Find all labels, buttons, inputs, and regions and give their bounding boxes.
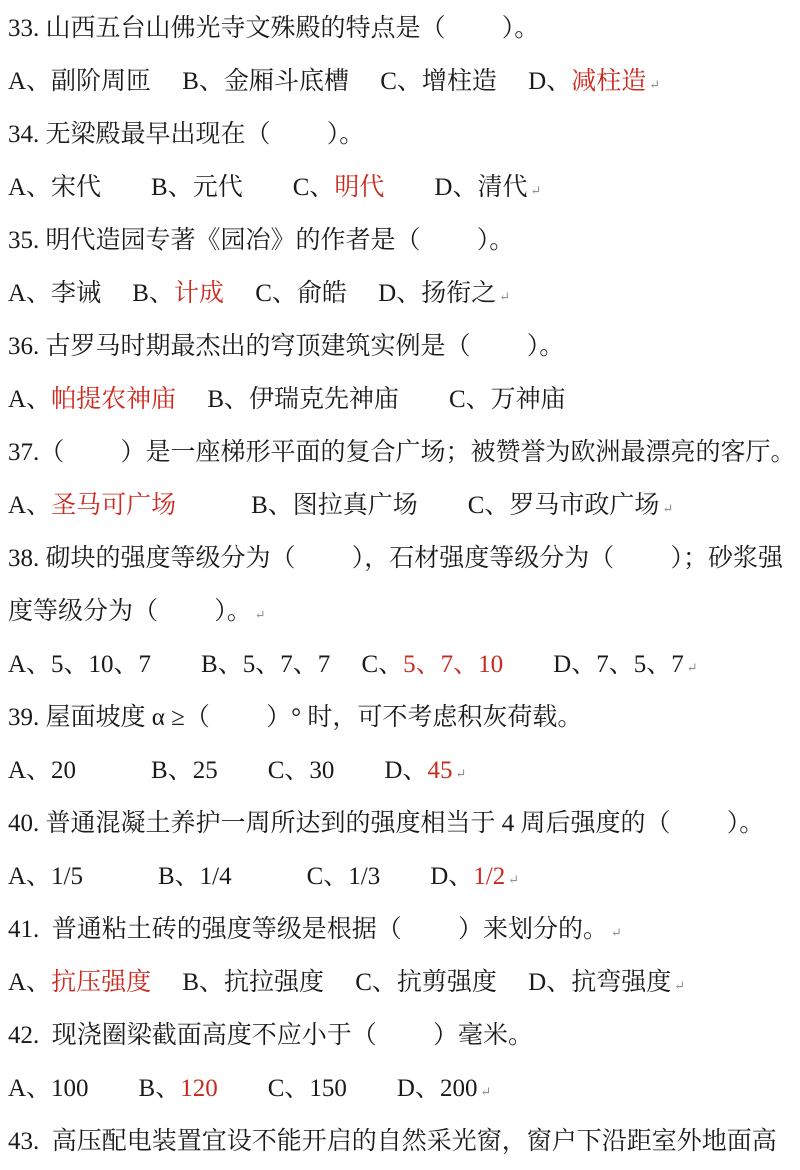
text-segment: 40. 普通混凝土养护一周所达到的强度相当于 4 周后强度的（ ）。 bbox=[8, 810, 764, 837]
question-37-stem: 37.（ ）是一座梯形平面的复合广场；被赞誉为欧洲最漂亮的客厅。 bbox=[8, 426, 798, 479]
text-segment: A、5、10、7 B、5、7、7 C、 bbox=[8, 651, 403, 678]
text-segment: A、 bbox=[8, 492, 51, 519]
question-37-options: A、圣马可广场 B、图拉真广场 C、罗马市政广场↵ bbox=[8, 479, 798, 532]
text-segment: 度等级分为（ ）。 bbox=[8, 598, 252, 625]
question-41-stem: 41. 普通粘土砖的强度等级是根据（ ）来划分的。↵ bbox=[8, 903, 798, 956]
text-segment: A、 bbox=[8, 386, 51, 413]
correct-answer-highlight: 减柱造 bbox=[571, 68, 646, 95]
text-segment: 37.（ ）是一座梯形平面的复合广场；被赞誉为欧洲最漂亮的客厅。 bbox=[8, 439, 796, 466]
text-segment: 36. 古罗马时期最杰出的穹顶建筑实例是（ ）。 bbox=[8, 333, 564, 360]
linebreak-mark-icon: ↵ bbox=[662, 501, 673, 516]
text-segment: A、1/5 B、1/4 C、1/3 D、 bbox=[8, 863, 473, 890]
text-segment: D、7、5、7 bbox=[503, 651, 684, 678]
linebreak-mark-icon: ↵ bbox=[499, 289, 510, 304]
text-segment: 43. 高压配电装置宜设不能开启的自然采光窗，窗户下沿距室外地面高 bbox=[8, 1128, 777, 1155]
question-36-stem: 36. 古罗马时期最杰出的穹顶建筑实例是（ ）。 bbox=[8, 320, 798, 373]
linebreak-mark-icon: ↵ bbox=[649, 77, 660, 92]
text-segment: 33. 山西五台山佛光寺文殊殿的特点是（ ）。 bbox=[8, 15, 539, 42]
question-38-stem-line2: 度等级分为（ ）。↵ bbox=[8, 585, 798, 638]
question-43-stem: 43. 高压配电装置宜设不能开启的自然采光窗，窗户下沿距室外地面高 bbox=[8, 1115, 798, 1168]
linebreak-mark-icon: ↵ bbox=[455, 766, 466, 781]
question-33-options: A、副阶周匝 B、金厢斗底槽 C、增柱造 D、减柱造↵ bbox=[8, 55, 798, 108]
linebreak-mark-icon: ↵ bbox=[508, 872, 519, 887]
correct-answer-highlight: 明代 bbox=[334, 174, 384, 201]
text-segment: B、抗拉强度 C、抗剪强度 D、抗弯强度 bbox=[151, 969, 671, 996]
question-40-stem: 40. 普通混凝土养护一周所达到的强度相当于 4 周后强度的（ ）。 bbox=[8, 797, 798, 850]
text-segment: A、100 B、 bbox=[8, 1075, 180, 1102]
question-38-options: A、5、10、7 B、5、7、7 C、5、7、10 D、7、5、7↵ bbox=[8, 638, 798, 691]
question-40-options: A、1/5 B、1/4 C、1/3 D、1/2↵ bbox=[8, 850, 798, 903]
linebreak-mark-icon: ↵ bbox=[530, 183, 541, 198]
text-segment: 39. 屋面坡度 α ≥（ ）° 时，可不考虑积灰荷载。 bbox=[8, 704, 582, 731]
question-35-options: A、李诫 B、计成 C、俞皓 D、扬衔之↵ bbox=[8, 267, 798, 320]
linebreak-mark-icon: ↵ bbox=[674, 978, 685, 993]
correct-answer-highlight: 计成 bbox=[174, 280, 224, 307]
question-36-options: A、帕提农神庙 B、伊瑞克先神庙 C、万神庙 bbox=[8, 373, 798, 426]
text-segment: B、伊瑞克先神庙 C、万神庙 bbox=[176, 386, 566, 413]
linebreak-mark-icon: ↵ bbox=[480, 1084, 491, 1099]
text-segment: 38. 砌块的强度等级分为（ ），石材强度等级分为（ ）；砂浆强 bbox=[8, 545, 783, 572]
correct-answer-highlight: 120 bbox=[180, 1075, 218, 1102]
correct-answer-highlight: 抗压强度 bbox=[51, 969, 151, 996]
text-segment: B、图拉真广场 C、罗马市政广场 bbox=[176, 492, 659, 519]
correct-answer-highlight: 5、7、10 bbox=[403, 651, 503, 678]
text-segment: C、150 D、200 bbox=[218, 1075, 478, 1102]
linebreak-mark-icon: ↵ bbox=[255, 607, 266, 622]
text-segment: 34. 无梁殿最早出现在（ ）。 bbox=[8, 121, 364, 148]
question-42-options: A、100 B、120 C、150 D、200↵ bbox=[8, 1062, 798, 1115]
text-segment: 42. 现浇圈梁截面高度不应小于（ ）毫米。 bbox=[8, 1022, 533, 1049]
question-35-stem: 35. 明代造园专著《园冶》的作者是（ ）。 bbox=[8, 214, 798, 267]
text-segment: A、20 B、25 C、30 D、 bbox=[8, 757, 427, 784]
text-segment: A、李诫 B、 bbox=[8, 280, 174, 307]
text-segment: C、俞皓 D、扬衔之 bbox=[224, 280, 496, 307]
text-segment: 41. 普通粘土砖的强度等级是根据（ ）来划分的。 bbox=[8, 916, 608, 943]
text-segment: D、清代 bbox=[384, 174, 527, 201]
correct-answer-highlight: 1/2 bbox=[473, 863, 505, 890]
question-33-stem: 33. 山西五台山佛光寺文殊殿的特点是（ ）。 bbox=[8, 2, 798, 55]
correct-answer-highlight: 帕提农神庙 bbox=[51, 386, 176, 413]
question-38-stem-line1: 38. 砌块的强度等级分为（ ），石材强度等级分为（ ）；砂浆强 bbox=[8, 532, 798, 585]
question-42-stem: 42. 现浇圈梁截面高度不应小于（ ）毫米。 bbox=[8, 1009, 798, 1062]
linebreak-mark-icon: ↵ bbox=[611, 925, 622, 940]
text-segment: A、 bbox=[8, 969, 51, 996]
linebreak-mark-icon: ↵ bbox=[687, 660, 698, 675]
correct-answer-highlight: 45 bbox=[427, 757, 452, 784]
question-39-options: A、20 B、25 C、30 D、45↵ bbox=[8, 744, 798, 797]
question-41-options: A、抗压强度 B、抗拉强度 C、抗剪强度 D、抗弯强度↵ bbox=[8, 956, 798, 1009]
text-segment: A、副阶周匝 B、金厢斗底槽 C、增柱造 D、 bbox=[8, 68, 571, 95]
text-segment: A、宋代 B、元代 C、 bbox=[8, 174, 334, 201]
correct-answer-highlight: 圣马可广场 bbox=[51, 492, 176, 519]
question-34-stem: 34. 无梁殿最早出现在（ ）。 bbox=[8, 108, 798, 161]
question-39-stem: 39. 屋面坡度 α ≥（ ）° 时，可不考虑积灰荷载。 bbox=[8, 691, 798, 744]
text-segment: 35. 明代造园专著《园冶》的作者是（ ）。 bbox=[8, 227, 514, 254]
question-sheet: 33. 山西五台山佛光寺文殊殿的特点是（ ）。A、副阶周匝 B、金厢斗底槽 C、… bbox=[0, 0, 800, 1170]
question-34-options: A、宋代 B、元代 C、明代 D、清代↵ bbox=[8, 161, 798, 214]
